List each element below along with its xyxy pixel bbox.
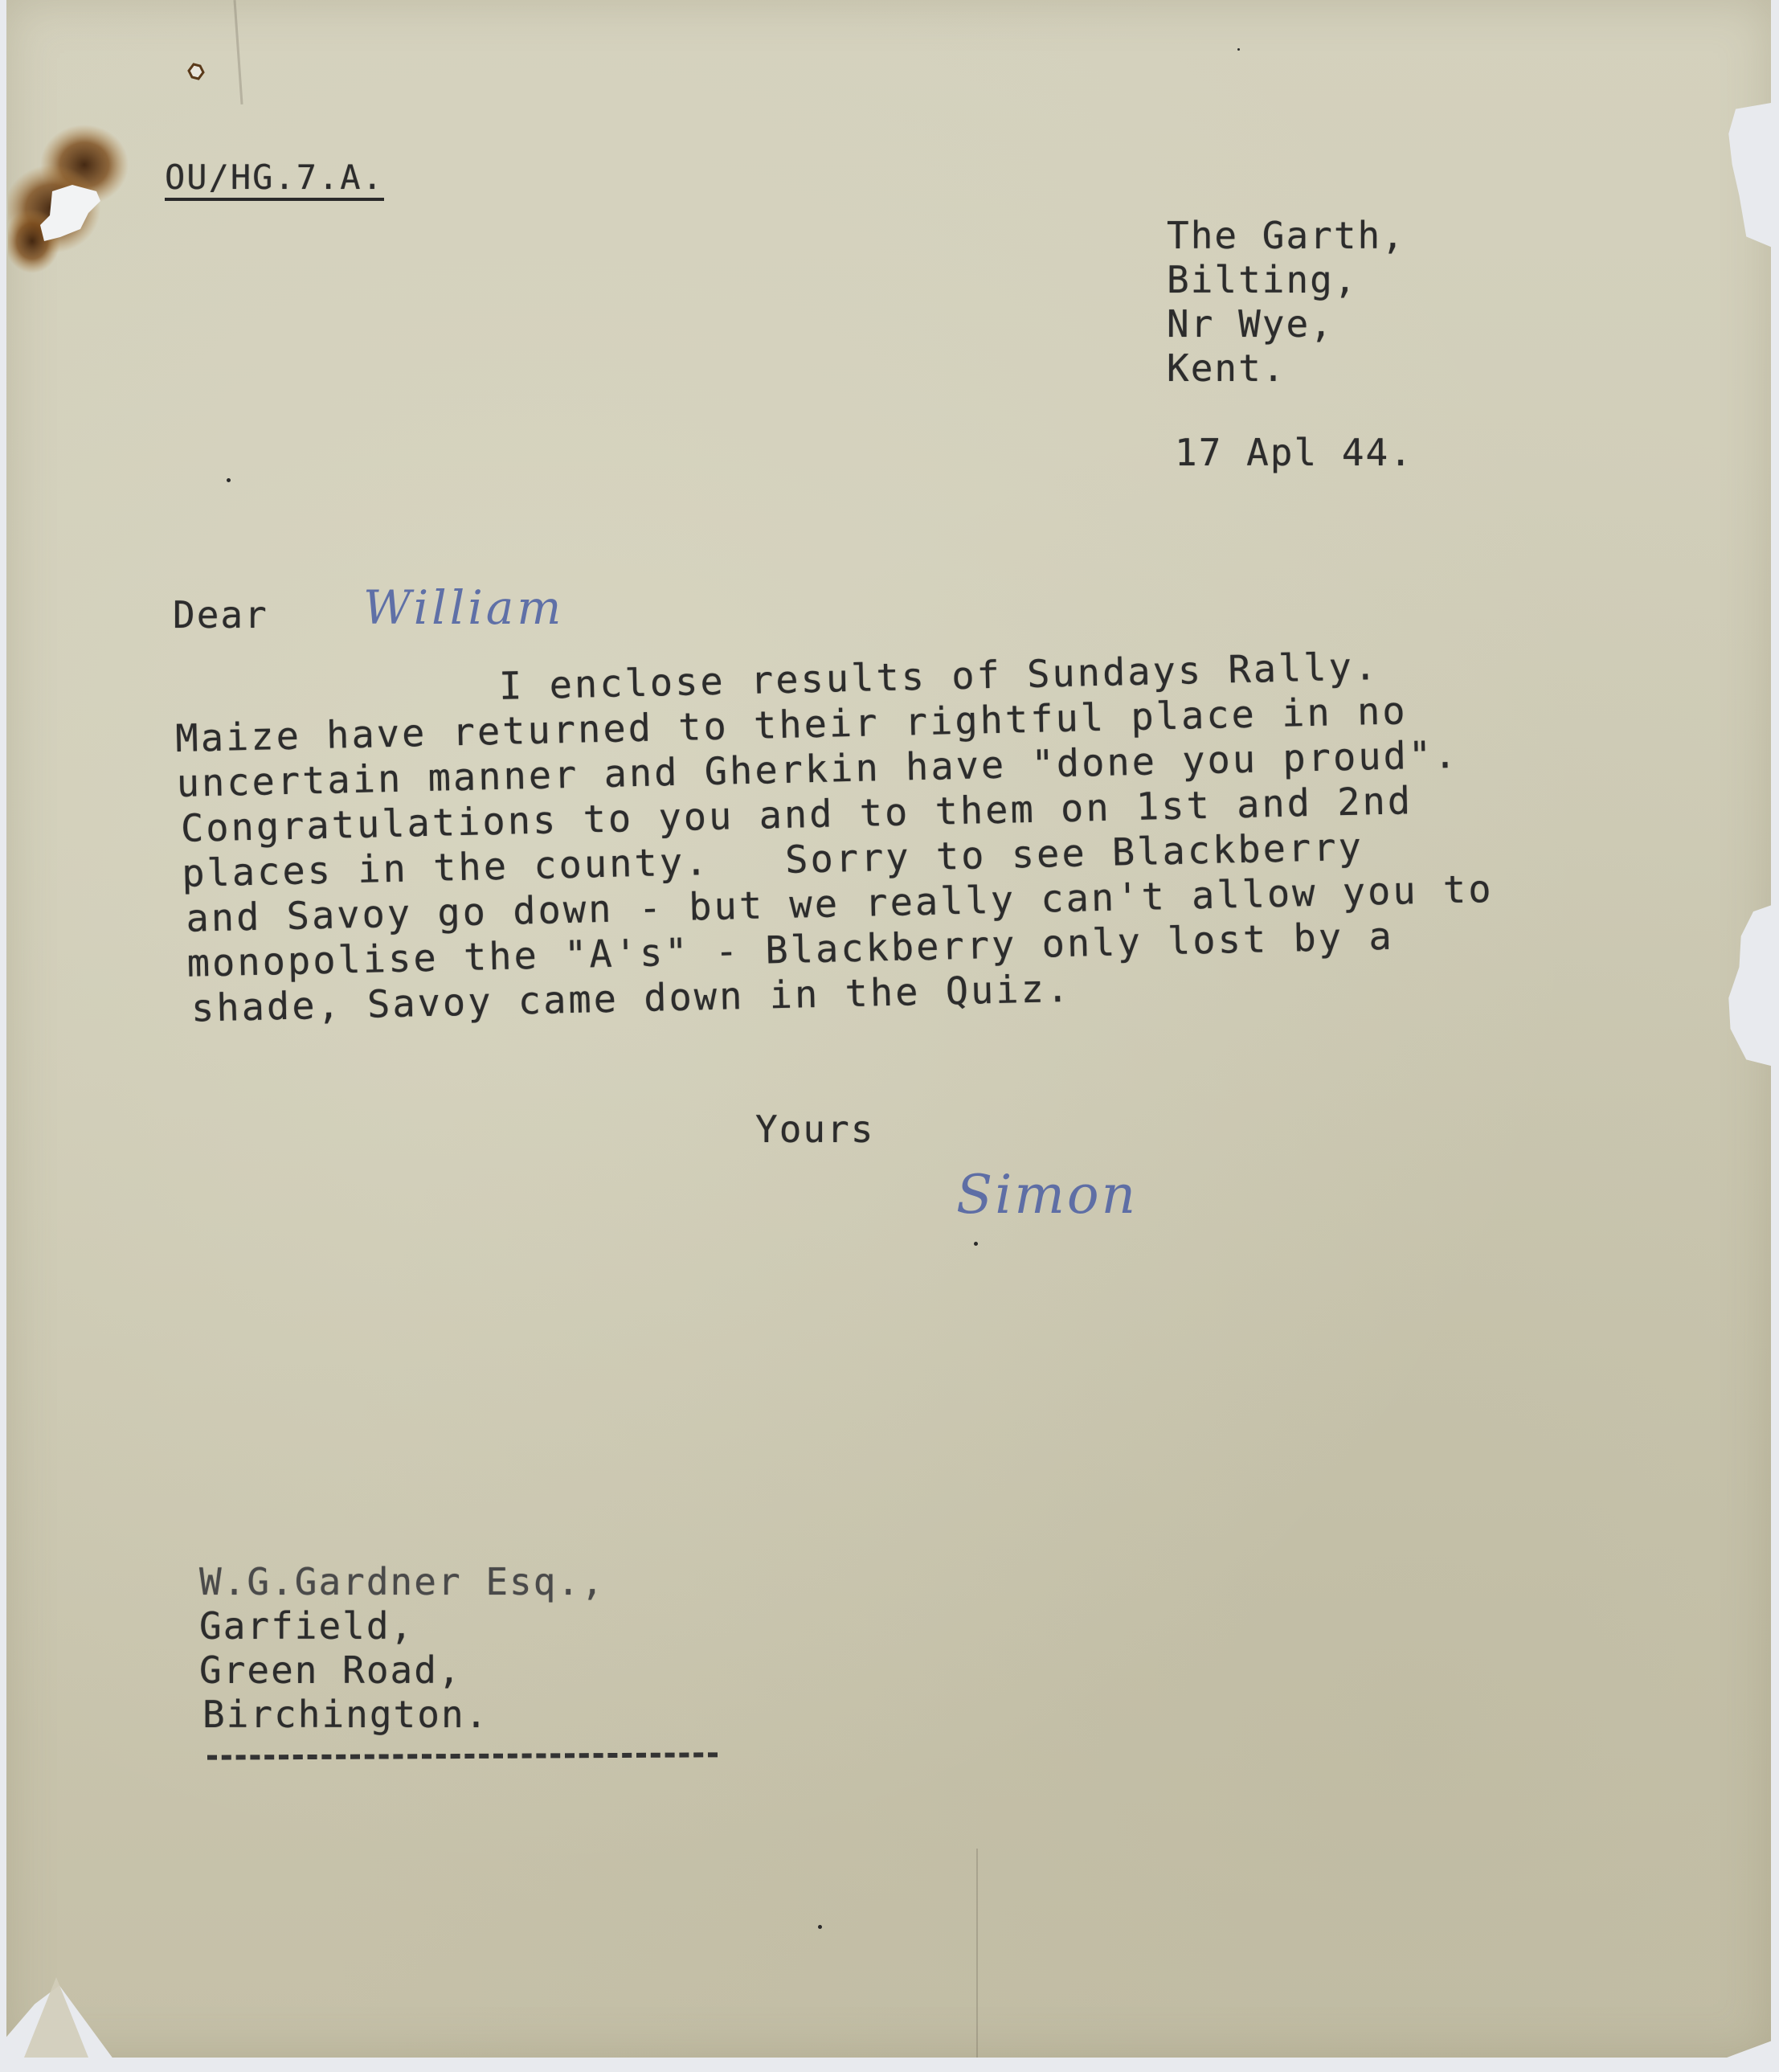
ink-speck	[818, 1925, 822, 1929]
ink-speck	[974, 1242, 978, 1246]
ink-speck	[1237, 48, 1240, 51]
handwritten-signature: Simon	[956, 1164, 1138, 1226]
recipient-address-line: W.G.Gardner Esq.,	[199, 1563, 605, 1600]
recipient-address-line: Green Road,	[199, 1652, 462, 1689]
closing: Yours	[755, 1111, 874, 1148]
recipient-address-line: Garfield,	[199, 1607, 414, 1644]
scanned-letter: OU/HG.7.A. The Garth, Bilting, Nr Wye, K…	[0, 0, 1779, 2072]
recipient-address-line: Birchington.	[202, 1696, 489, 1733]
letter-body: I enclose results of Sundays Rally. Maiz…	[0, 0, 1779, 2072]
ink-speck	[227, 478, 231, 482]
